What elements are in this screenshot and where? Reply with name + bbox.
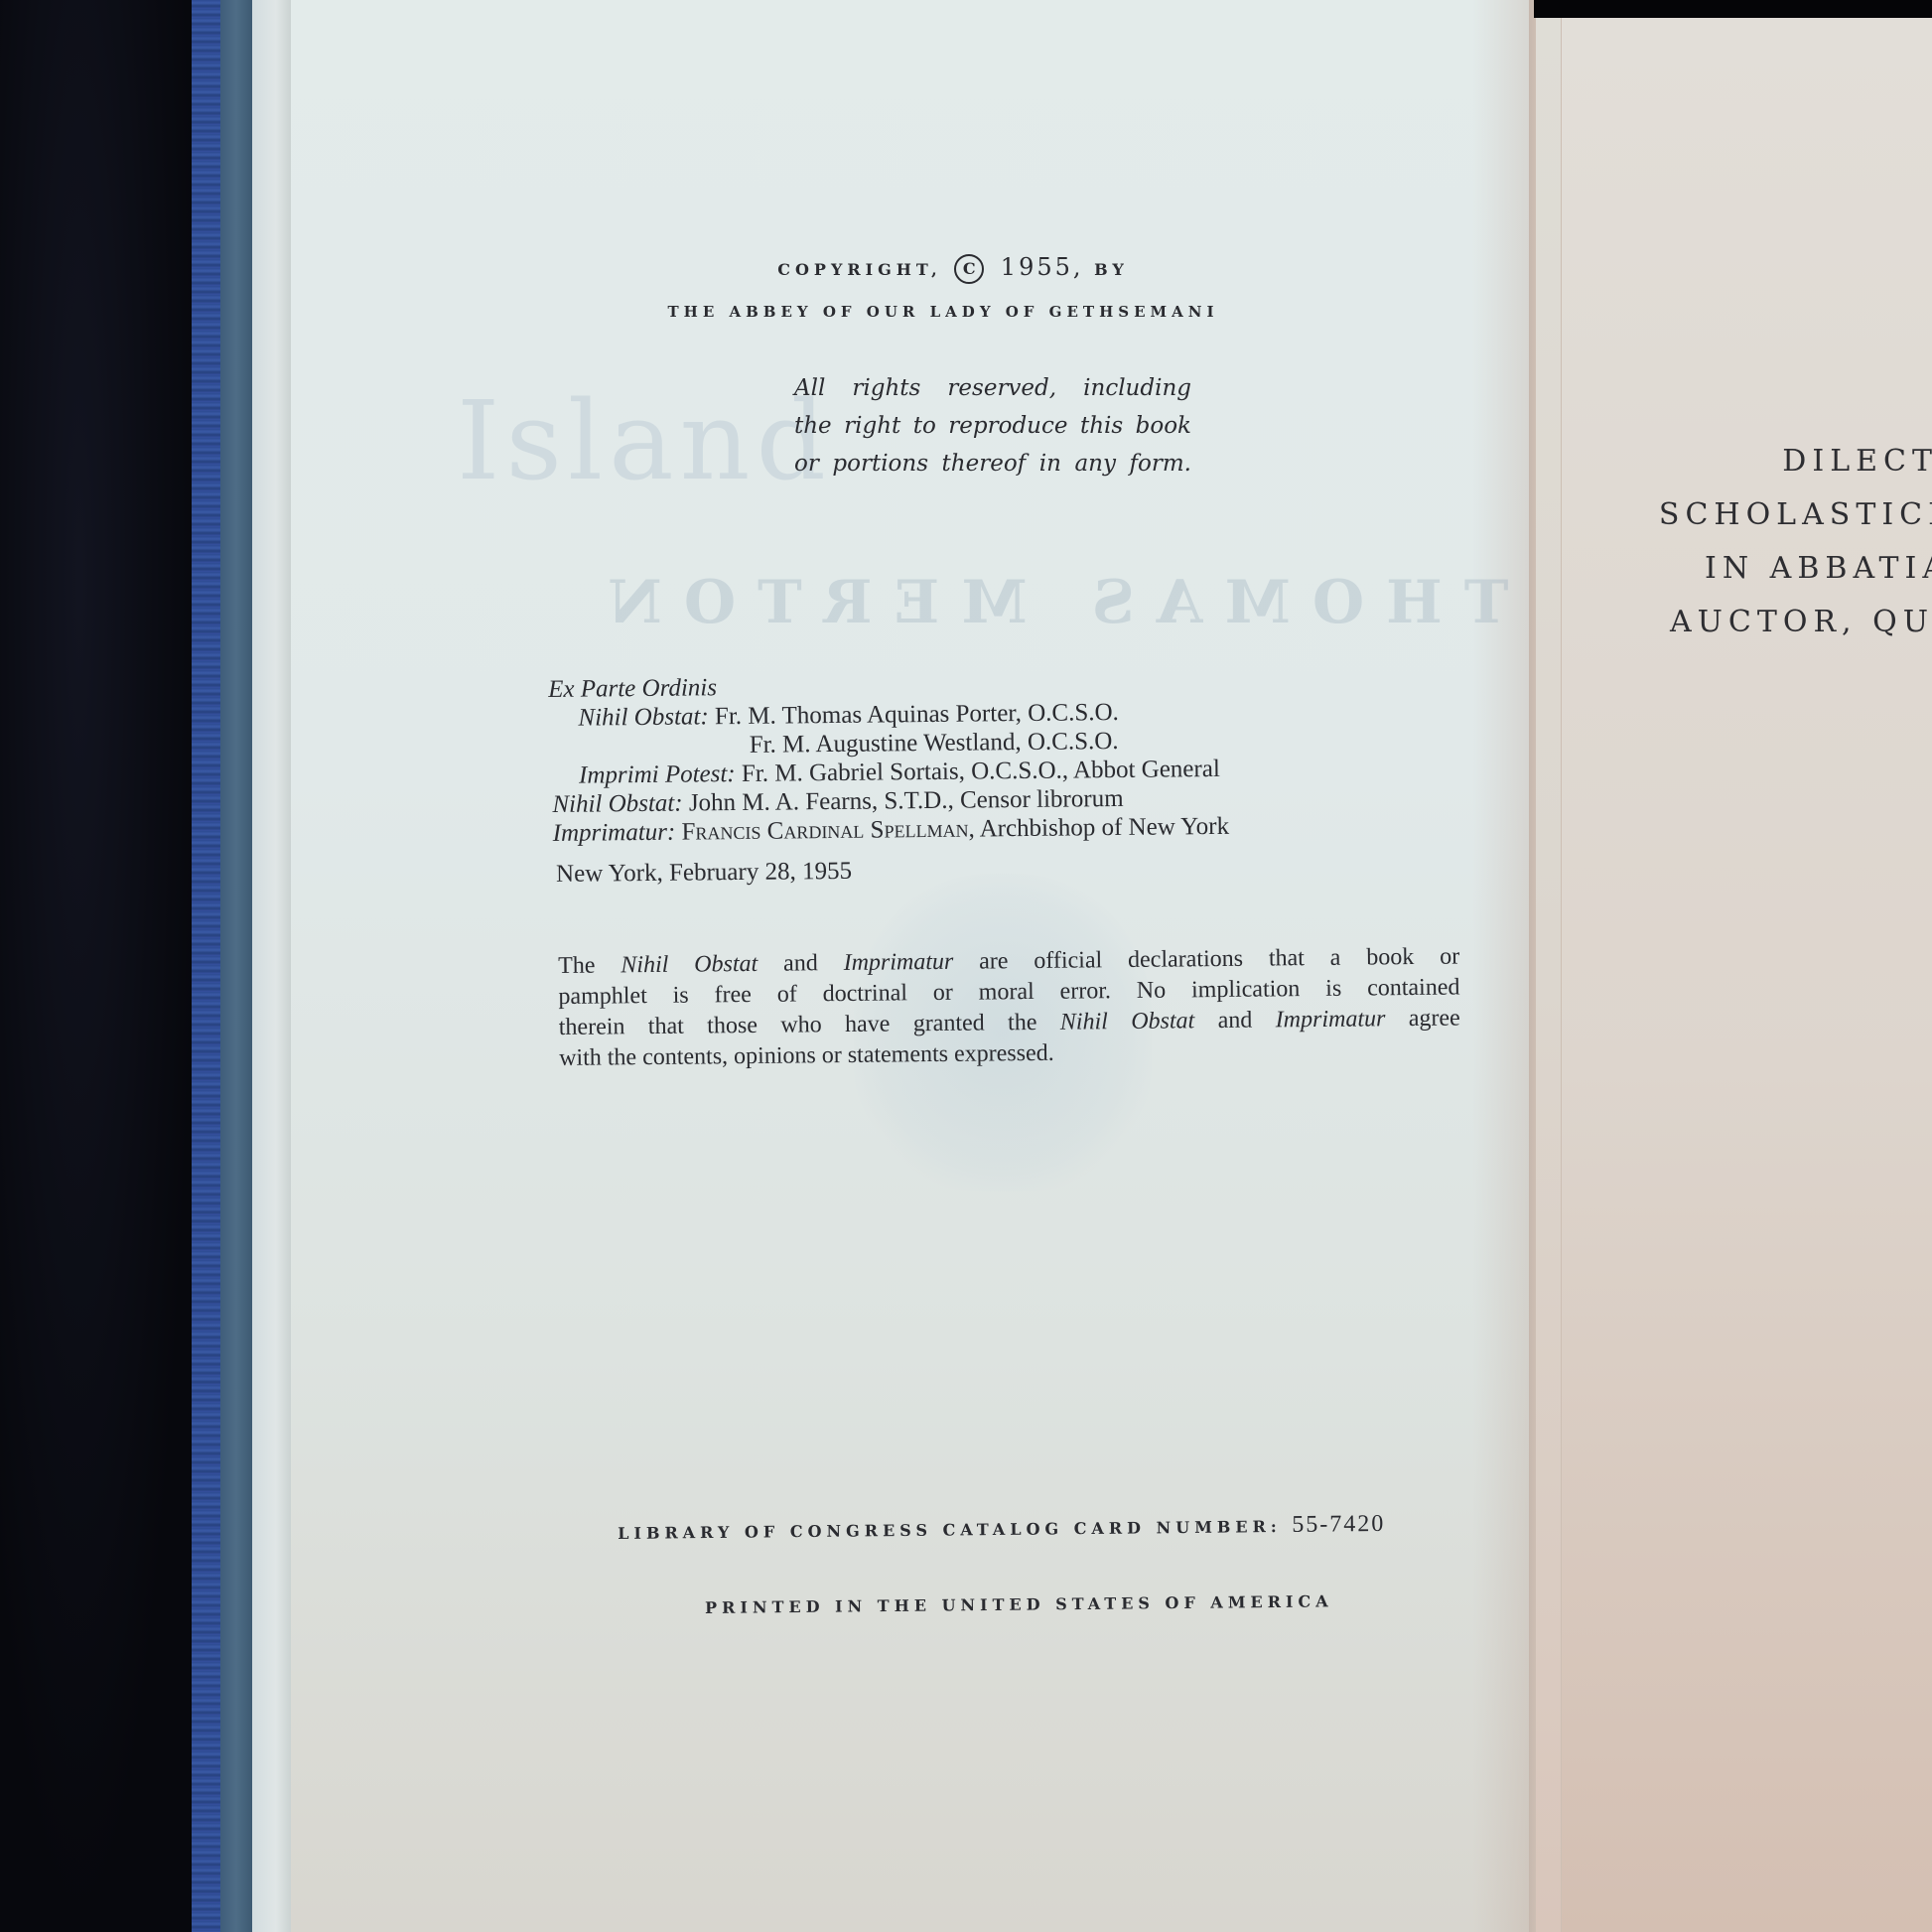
copyright-symbol-icon: C (954, 254, 984, 284)
nihil-obstat-label: Nihil Obstat: (578, 703, 709, 731)
nihil-obstat-label: Nihil Obstat: (552, 790, 683, 818)
imprimatur-row: Imprimatur: Francis Cardinal Spellman, A… (550, 812, 1230, 848)
rights-line: the right to reproduce this book (794, 407, 1191, 445)
dedication-page: DILECT SCHOLASTICI IN ABBATIA AUCTOR, QU (1536, 18, 1932, 1932)
rights-line: All rights reserved, including (794, 369, 1191, 407)
ecclesiastical-approbations: Ex Parte Ordinis Nihil Obstat: Fr. M. Th… (548, 668, 1230, 889)
imprimatur-label: Imprimatur: (553, 819, 676, 847)
nihil-obstat-value: Fr. M. Augustine Westland, O.C.S.O. (750, 728, 1119, 759)
nihil-obstat-value: Fr. M. Thomas Aquinas Porter, O.C.S.O. (715, 699, 1119, 730)
imprimatur-name: Francis Cardinal Spellman (681, 816, 968, 846)
rights-line: or portions thereof in any form. (794, 445, 1191, 483)
dedication-line: SCHOLASTICI (1659, 488, 1932, 542)
imprimatur-declaration: The Nihil Obstat and Imprimatur are offi… (558, 941, 1460, 1074)
copyright-line: Copyright, C 1955, by (556, 253, 1350, 288)
dedication-line: AUCTOR, QU (1647, 596, 1932, 649)
imprimi-potest-value: Fr. M. Gabriel Sortais, O.C.S.O., Abbot … (742, 756, 1220, 787)
book-spine-cloth (192, 0, 221, 1932)
imprimatur-title: , Archbishop of New York (968, 813, 1229, 843)
dedication-line: DILECT (1651, 435, 1932, 488)
dark-background-top (1534, 0, 1932, 18)
bleed-through-title: Island (457, 377, 832, 504)
copyright-prefix: Copyright, (777, 260, 941, 279)
book-photo-scene: Island BY THOMAS MERTON Copyright, C 195… (0, 0, 1932, 1932)
copyright-suffix: by (1094, 260, 1129, 279)
imprimi-potest-label: Imprimi Potest: (579, 760, 736, 789)
dedication-line: IN ABBATIA (1663, 542, 1932, 596)
nihil-obstat-value: John M. A. Fearns, S.T.D., Censor libror… (689, 785, 1124, 817)
dedication-text: DILECT SCHOLASTICI IN ABBATIA AUCTOR, QU (1645, 435, 1932, 649)
copyright-holder: The Abbey of Our Lady of Gethsemani (596, 303, 1291, 321)
page-edge-strip (252, 0, 293, 1932)
copyright-year: 1955, (1001, 253, 1084, 281)
book-cover-edge (220, 0, 252, 1932)
bleed-through-author: BY THOMAS MERTON (586, 568, 1687, 637)
dedication-leaf (1561, 18, 1932, 1932)
dark-background-cloth (0, 0, 199, 1932)
lccn-label: Library of Congress Catalog Card Number: (618, 1517, 1282, 1543)
rights-reserved-notice: All rights reserved, including the right… (794, 369, 1191, 483)
lccn-number: 55-7420 (1292, 1511, 1385, 1538)
